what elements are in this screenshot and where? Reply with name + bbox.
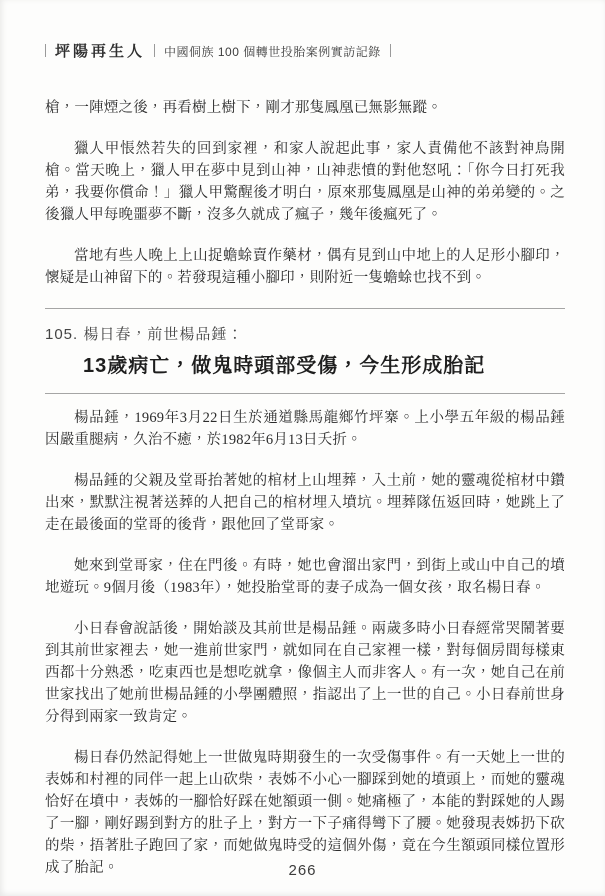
page-footer: 266 — [0, 862, 605, 880]
header-divider-bar — [45, 44, 46, 57]
section-heading: 105. 楊日春，前世楊品錘： 13歲病亡，做鬼時頭部受傷，今生形成胎記 — [45, 308, 565, 394]
body-paragraph: 楊品錘的父親及堂哥抬著她的棺材上山埋葬，入土前，她的靈魂從棺材中鑽出來，默默注視… — [45, 470, 565, 536]
body-paragraph: 槍，一陣煙之後，再看樹上樹下，剛才那隻鳳凰已無影無蹤。 — [45, 97, 565, 119]
section-headline: 13歲病亡，做鬼時頭部受傷，今生形成胎記 — [45, 349, 565, 378]
header-divider-bar — [154, 44, 155, 57]
header-divider-bar — [390, 44, 391, 57]
body-paragraph: 當地有些人晚上上山捉蟾蜍賣作藥材，偶有見到山中地上的人足形小腳印，懷疑是山神留下… — [45, 245, 565, 289]
book-page: 坪陽再生人 中國侗族 100 個轉世投胎案例實訪記錄 槍，一陣煙之後，再看樹上樹… — [0, 0, 605, 896]
body-paragraph: 獵人甲悵然若失的回到家裡，和家人說起此事，家人責備他不該對神鳥開槍。當天晚上，獵… — [45, 138, 565, 226]
book-title: 坪陽再生人 — [55, 40, 145, 61]
body-paragraph: 楊日春仍然記得她上一世做鬼時期發生的一次受傷事件。有一天她上一世的表姊和村裡的同… — [45, 747, 565, 879]
body-paragraph: 小日春會說話後，開始談及其前世是楊品錘。兩歲多時小日春經常哭鬧著要到其前世家裡去… — [45, 618, 565, 728]
paragraph-group-bottom: 楊品錘，1969年3月22日生於通道縣馬龍鄉竹坪寨。上小學五年級的楊品錘因嚴重腿… — [45, 407, 565, 879]
body-paragraph: 楊品錘，1969年3月22日生於通道縣馬龍鄉竹坪寨。上小學五年級的楊品錘因嚴重腿… — [45, 407, 565, 451]
paragraph-group-top: 槍，一陣煙之後，再看樹上樹下，剛才那隻鳳凰已無影無蹤。獵人甲悵然若失的回到家裡，… — [45, 97, 565, 289]
body-paragraph: 她來到堂哥家，住在門後。有時，她也會溜出家門，到街上或山中自己的墳地遊玩。9個月… — [45, 555, 565, 599]
running-head: 坪陽再生人 中國侗族 100 個轉世投胎案例實訪記錄 — [0, 0, 605, 61]
page-body: 槍，一陣煙之後，再看樹上樹下，剛才那隻鳳凰已無影無蹤。獵人甲悵然若失的回到家裡，… — [0, 61, 605, 879]
page-number: 266 — [288, 862, 316, 879]
book-subtitle: 中國侗族 100 個轉世投胎案例實訪記錄 — [164, 43, 381, 60]
section-number-line: 105. 楊日春，前世楊品錘： — [45, 323, 565, 344]
